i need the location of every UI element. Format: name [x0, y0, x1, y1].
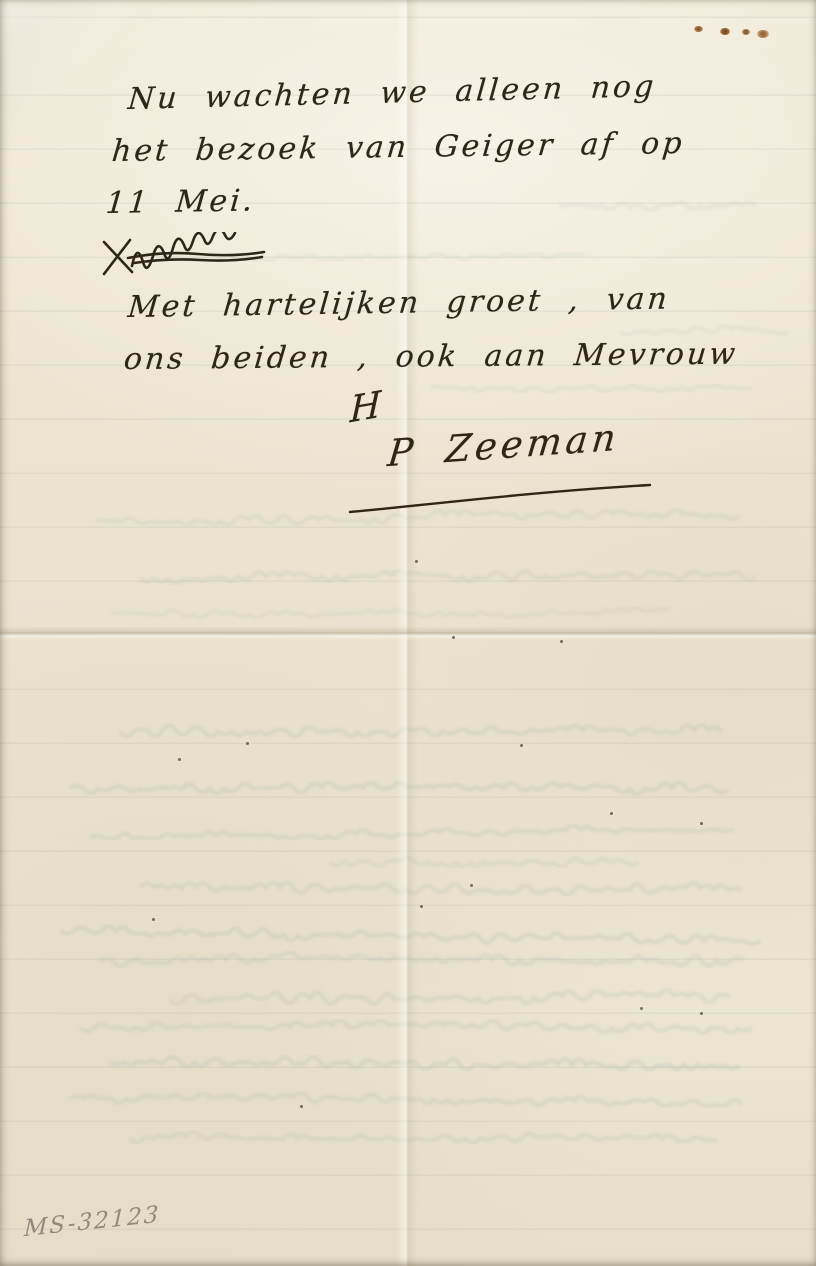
signature-underline: [348, 478, 658, 518]
catalog-number: MS-32123: [24, 1202, 161, 1243]
foxing-spot: [720, 28, 730, 35]
paper-speck: [246, 742, 249, 745]
crossed-h-mark: H: [349, 384, 384, 432]
foxing-spot: [694, 26, 703, 32]
letter-scan: Nu wachten we alleen nog het bezoek van …: [0, 0, 816, 1266]
paper-speck: [420, 905, 423, 908]
paper-speck: [300, 1105, 303, 1108]
letter-line-1: Nu wachten we alleen nog: [127, 69, 658, 117]
letter-line-3: 11 Mei.: [104, 183, 256, 221]
letter-line-5: Met hartelijken groet , van: [126, 281, 671, 325]
paper-speck: [470, 884, 473, 887]
scribbled-out-word: [98, 232, 268, 280]
signature: P Zeeman: [386, 416, 622, 476]
paper-speck: [152, 918, 155, 921]
paper-speck: [700, 1012, 703, 1015]
paper-speck: [610, 812, 613, 815]
paper-speck: [178, 758, 181, 761]
paper-speck: [520, 744, 523, 747]
foxing-spot: [742, 29, 750, 35]
paper-speck: [452, 636, 455, 639]
horizontal-fold-crease: [0, 626, 816, 640]
letter-line-6: ons beiden , ook aan Mevrouw: [122, 337, 739, 377]
paper-speck: [560, 640, 563, 643]
paper-speck: [700, 822, 703, 825]
vertical-fold-crease: [396, 0, 418, 1266]
foxing-spot: [757, 30, 769, 38]
letter-line-2: het bezoek van Geiger af op: [110, 126, 686, 169]
paper-speck: [415, 560, 418, 563]
paper-speck: [640, 1007, 643, 1010]
